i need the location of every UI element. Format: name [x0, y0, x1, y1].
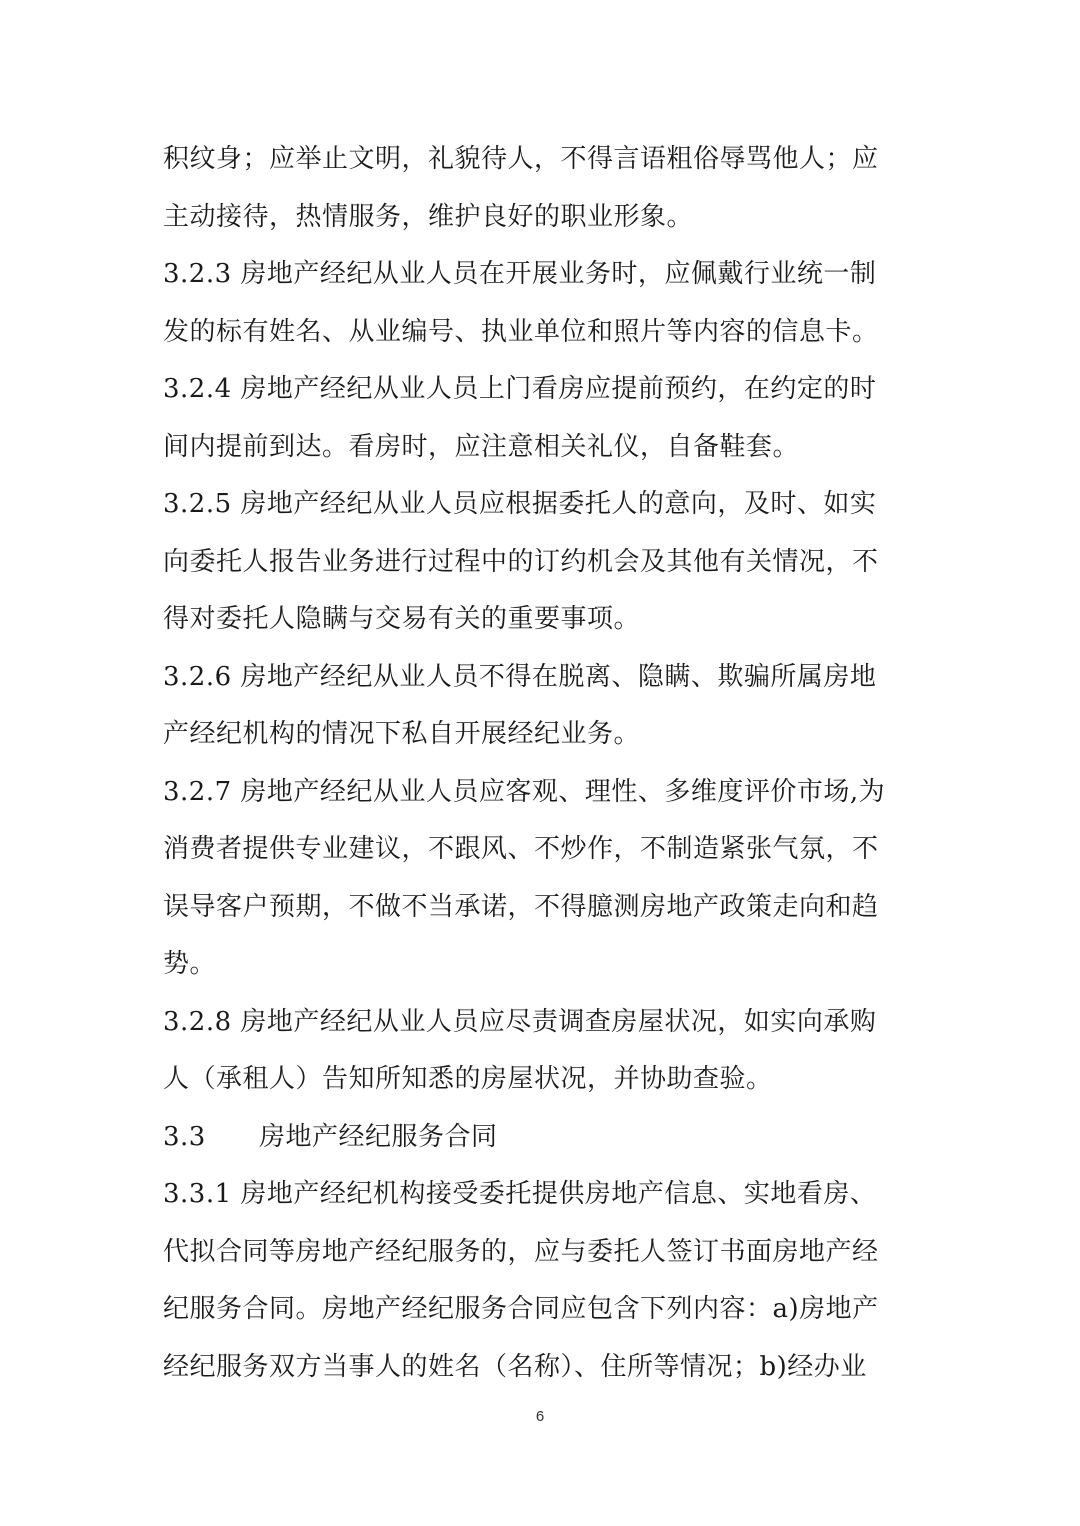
clause-3-2-7: 3.2.7 房地产经纪从业人员应客观、理性、多维度评价市场,为	[163, 764, 903, 822]
text-line: 纪服务合同。房地产经纪服务合同应包含下列内容：a)房地产	[163, 1281, 903, 1339]
text-line: 人（承租人）告知所知悉的房屋状况，并协助查验。	[163, 1051, 903, 1109]
clause-3-3-1: 3.3.1 房地产经纪机构接受委托提供房地产信息、实地看房、	[163, 1166, 903, 1224]
clause-3-2-4: 3.2.4 房地产经纪从业人员上门看房应提前预约，在约定的时	[163, 361, 903, 419]
text-line: 发的标有姓名、从业编号、执业单位和照片等内容的信息卡。	[163, 304, 903, 362]
document-body: 积纹身；应举止文明，礼貌待人，不得言语粗俗辱骂他人；应 主动接待，热情服务，维护…	[163, 131, 903, 1396]
text-line: 向委托人报告业务进行过程中的订约机会及其他有关情况，不	[163, 534, 903, 592]
clause-3-2-3: 3.2.3 房地产经纪从业人员在开展业务时，应佩戴行业统一制	[163, 246, 903, 304]
clause-3-2-8: 3.2.8 房地产经纪从业人员应尽责调查房屋状况，如实向承购	[163, 994, 903, 1052]
clause-3-2-6: 3.2.6 房地产经纪从业人员不得在脱离、隐瞒、欺骗所属房地	[163, 649, 903, 707]
document-page: 积纹身；应举止文明，礼貌待人，不得言语粗俗辱骂他人；应 主动接待，热情服务，维护…	[0, 0, 1080, 1526]
text-line: 势。	[163, 936, 903, 994]
text-line: 经纪服务双方当事人的姓名（名称）、住所等情况；b)经办业	[163, 1339, 903, 1397]
text-line: 间内提前到达。看房时，应注意相关礼仪，自备鞋套。	[163, 419, 903, 477]
text-line: 代拟合同等房地产经纪服务的，应与委托人签订书面房地产经	[163, 1224, 903, 1282]
text-line: 积纹身；应举止文明，礼貌待人，不得言语粗俗辱骂他人；应	[163, 131, 903, 189]
text-line: 主动接待，热情服务，维护良好的职业形象。	[163, 189, 903, 247]
section-number: 3.3	[163, 1109, 259, 1167]
clause-3-2-5: 3.2.5 房地产经纪从业人员应根据委托人的意向，及时、如实	[163, 476, 903, 534]
page-number: 6	[0, 1408, 1080, 1425]
text-line: 误导客户预期，不做不当承诺，不得臆测房地产政策走向和趋	[163, 879, 903, 937]
text-line: 消费者提供专业建议，不跟风、不炒作，不制造紧张气氛，不	[163, 821, 903, 879]
text-line: 得对委托人隐瞒与交易有关的重要事项。	[163, 591, 903, 649]
section-title: 房地产经纪服务合同	[259, 1122, 498, 1152]
section-heading-3-3: 3.3房地产经纪服务合同	[163, 1109, 903, 1167]
text-line: 产经纪机构的情况下私自开展经纪业务。	[163, 706, 903, 764]
